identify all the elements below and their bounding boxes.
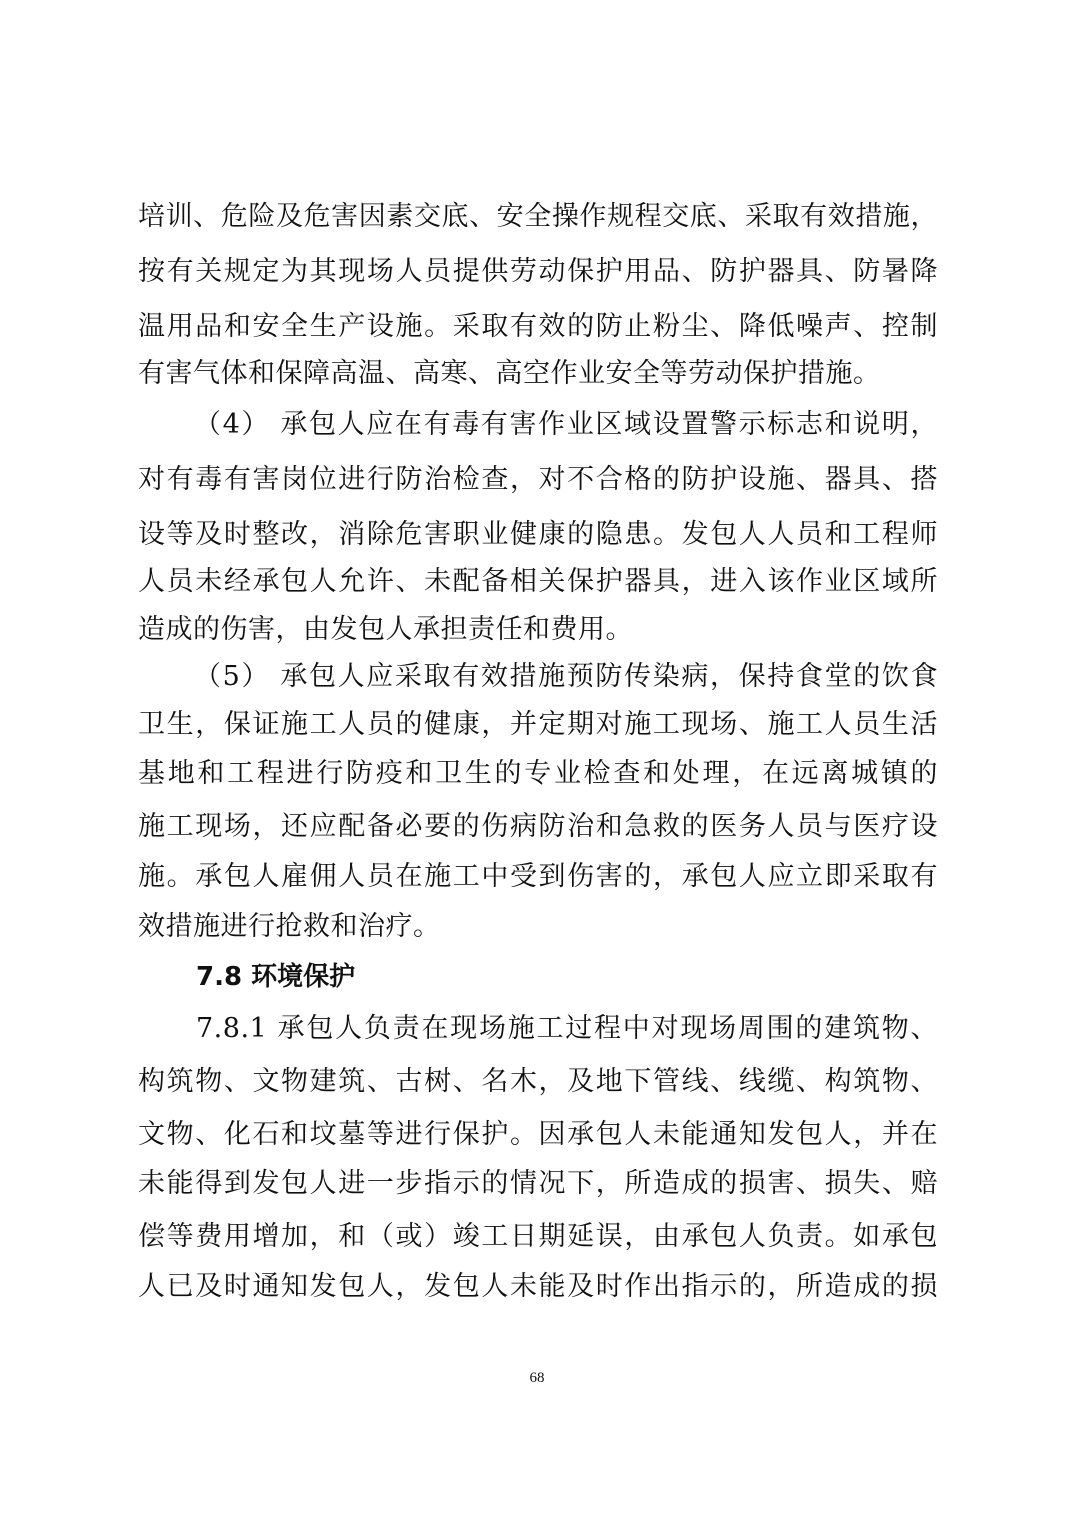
text-line: 培训、危险及危害因素交底、安全操作规程交底、采取有效措施， bbox=[138, 200, 938, 234]
text-line: （4） 承包人应在有毒有害作业区域设置警示标志和说明， bbox=[194, 408, 938, 442]
text-line: 偿等费用增加，和（或）竣工日期延误，由承包人负责。如承包 bbox=[138, 1220, 938, 1254]
text-line: 温用品和安全生产设施。采取有效的防止粉尘、降低噪声、控制 bbox=[138, 310, 938, 344]
text-line: 效措施进行抢救和治疗。 bbox=[138, 910, 938, 944]
text-line: 施。承包人雇佣人员在施工中受到伤害的，承包人应立即采取有 bbox=[138, 860, 938, 894]
text-line: 文物、化石和坟墓等进行保护。因承包人未能通知发包人，并在 bbox=[138, 1118, 938, 1152]
text-line: 按有关规定为其现场人员提供劳动保护用品、防护器具、防暑降 bbox=[138, 255, 938, 289]
text-line: 构筑物、文物建筑、古树、名木，及地下管线、线缆、构筑物、 bbox=[138, 1065, 938, 1099]
text-line: 有害气体和保障高温、高寒、高空作业安全等劳动保护措施。 bbox=[138, 357, 938, 391]
page-number: 68 bbox=[0, 1370, 1074, 1387]
text-line: 7.8.1 承包人负责在现场施工过程中对现场周围的建筑物、 bbox=[196, 1012, 938, 1046]
text-line: 设等及时整改，消除危害职业健康的隐患。发包人人员和工程师 bbox=[138, 518, 938, 552]
text-line: 人已及时通知发包人，发包人未能及时作出指示的，所造成的损 bbox=[138, 1270, 938, 1304]
text-line: 施工现场，还应配备必要的伤病防治和急救的医务人员与医疗设 bbox=[138, 810, 938, 844]
text-line: 人员未经承包人允许、未配备相关保护器具，进入该作业区域所 bbox=[138, 565, 938, 599]
document-page: 培训、危险及危害因素交底、安全操作规程交底、采取有效措施，按有关规定为其现场人员… bbox=[0, 0, 1074, 1520]
text-line: 未能得到发包人进一步指示的情况下，所造成的损害、损失、赔 bbox=[138, 1167, 938, 1201]
text-line: 卫生，保证施工人员的健康，并定期对施工现场、施工人员生活 bbox=[138, 708, 938, 742]
text-line: 对有毒有害岗位进行防治检查，对不合格的防护设施、器具、搭 bbox=[138, 463, 938, 497]
text-line: 基地和工程进行防疫和卫生的专业检查和处理，在远离城镇的 bbox=[138, 757, 938, 791]
text-line: （5） 承包人应采取有效措施预防传染病，保持食堂的饮食 bbox=[194, 660, 938, 694]
section-heading: 7.8 环境保护 bbox=[196, 960, 355, 994]
text-line: 造成的伤害，由发包人承担责任和费用。 bbox=[138, 613, 938, 647]
